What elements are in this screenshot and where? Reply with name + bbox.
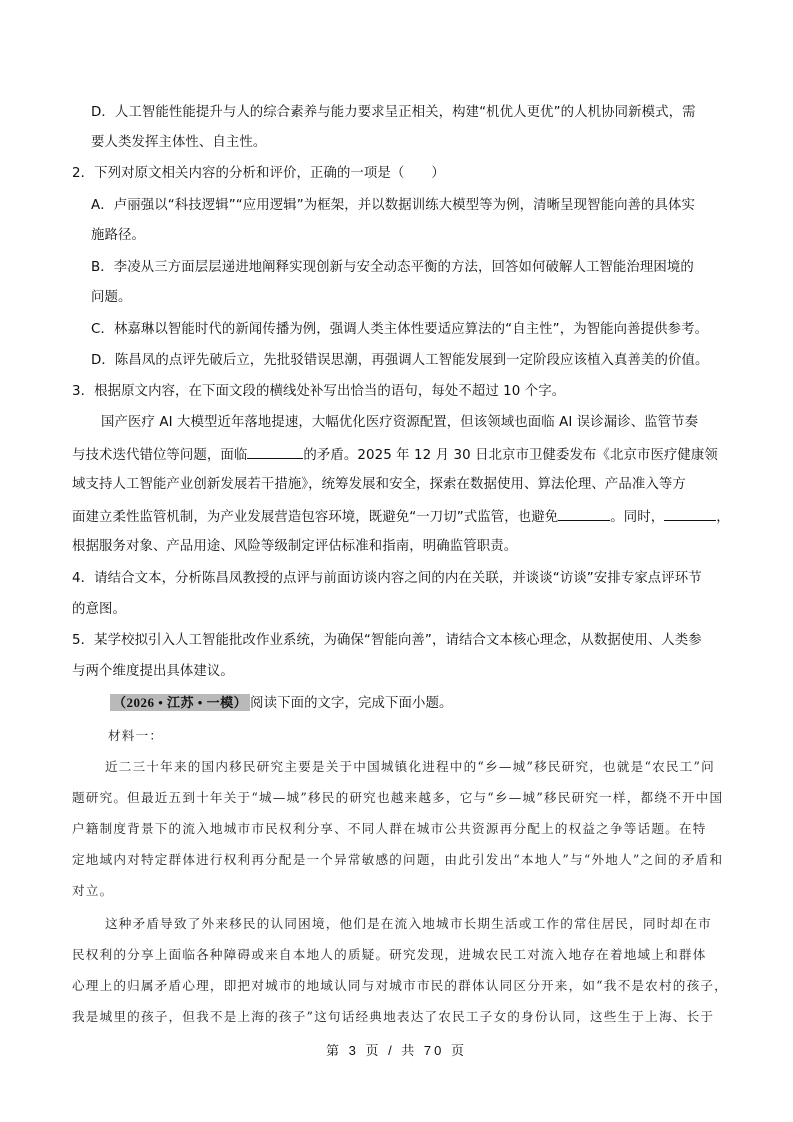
material-para2-line: 民权利的分享上面临各种障碍或来自本地人的质疑。研究发现，进城农民工对流入地存在着… [72, 945, 707, 965]
q2-option-c: C．林嘉琳以智能时代的新闻传播为例，强调人类主体性要适应算法的“自主性”，为智能… [91, 320, 708, 340]
reading-section-header: （2026 • 江苏 • 一模）阅读下面的文字，完成下面小题。 [110, 693, 452, 714]
q5-line2: 与两个维度提出具体建议。 [72, 662, 234, 682]
q3-para-line3: 域支持人工智能产业创新发展若干措施》，统筹发展和安全，探索在数据使用、算法伦理、… [72, 475, 686, 495]
fill-blank-3[interactable] [664, 506, 716, 521]
q2-option-b-line1: B．李凌从三方面层层递进地阐释实现创新与安全动态平衡的方法，回答如何破解人工智能… [91, 258, 694, 278]
material-label: 材料一： [108, 726, 163, 746]
fill-blank-2[interactable] [558, 506, 610, 521]
q3-para-line2: 与技术迭代错位等问题，面临的矛盾。2025 年 12 月 30 日北京市卫健委发… [72, 444, 718, 466]
reading-instruction: 阅读下面的文字，完成下面小题。 [250, 696, 452, 711]
q3-para-line2-a: 与技术迭代错位等问题，面临 [72, 448, 247, 463]
material-para1-line: 题研究。但最近五到十年关于“城—城”移民的研究也越来越多，它与“乡—城”移民研究… [72, 788, 723, 808]
q4-line2: 的意图。 [72, 600, 126, 620]
q2-stem: 2．下列对原文相关内容的分析和评价，正确的一项是（ ） [72, 164, 445, 184]
fill-blank-1[interactable] [247, 444, 303, 459]
q3-para-line4-c: ， [716, 510, 730, 525]
q5-line1: 5．某学校拟引入人工智能批改作业系统，为确保“智能向善”，请结合文本核心理念，从… [72, 631, 702, 651]
material-para1-line: 近二三十年来的国内移民研究主要是关于中国城镇化进程中的“乡—城”移民研究，也就是… [105, 757, 715, 777]
q3-stem: 3．根据原文内容，在下面文段的横线处补写出恰当的语句，每处不超过 10 个字。 [72, 382, 565, 402]
q3-para-line4: 面建立柔性监管机制，为产业发展营造包容环境，既避免“一刀切”式监管，也避免。同时… [72, 506, 730, 528]
material-para1-line: 对立。 [72, 881, 113, 901]
page-indicator: 第 3 页 / 共 70 页 [0, 1040, 793, 1059]
material-para1-line: 定地域内对特定群体进行权利再分配是一个异常敏感的问题，由此引发出“本地人”与“外… [72, 850, 723, 870]
material-para2-line: 这种矛盾导致了外来移民的认同困境，他们是在流入地城市长期生活或工作的常住居民，同… [105, 914, 712, 934]
q2-option-b-line2: 问题。 [91, 288, 131, 308]
q2-option-d: D．陈昌凤的点评先破后立，先批驳错误思潮，再强调人工智能发展到一定阶段应该植入真… [91, 351, 709, 371]
q2-option-a-line2: 施路径。 [91, 226, 145, 246]
q3-para-line4-a: 面建立柔性监管机制，为产业发展营造包容环境，既避免“一刀切”式监管，也避免 [72, 510, 558, 525]
q1-option-d-line1: D．人工智能性能提升与人的综合素养与能力要求呈正相关，构建“机优人更优”的人机协… [91, 103, 696, 123]
q3-para-line5: 根据服务对象、产品用途、风险等级制定评估标准和指南，明确监管职责。 [72, 537, 517, 557]
material-para1-line: 户籍制度背景下的流入地城市市民权利分享、不同人群在城市公共资源再分配上的权益之争… [72, 819, 707, 839]
material-para2-line: 我是城里的孩子，但我不是上海的孩子”这句话经典地表达了农民工子女的身份认同，这些… [72, 1007, 714, 1027]
material-para2-line: 心理上的归属矛盾心理，即把对城市的地域认同与对城市市民的群体认同区分开来，如“我… [72, 976, 728, 996]
q1-option-d-line2: 要人类发挥主体性、自主性。 [91, 133, 266, 153]
q2-option-a-line1: A．卢丽强以“科技逻辑”“应用逻辑”为框架，并以数据训练大模型等为例，清晰呈现智… [91, 196, 695, 216]
source-tag: （2026 • 江苏 • 一模） [110, 694, 250, 711]
q4-line1: 4．请结合文本，分析陈昌凤教授的点评与前面访谈内容之间的内在关联，并谈谈“访谈”… [72, 569, 702, 589]
q3-para-line4-b: 。同时， [610, 510, 664, 525]
q3-para-line2-b: 的矛盾。2025 年 12 月 30 日北京市卫健委发布《北京市医疗健康领 [303, 448, 718, 463]
q3-para-line1: 国产医疗 AI 大模型近年落地提速，大幅优化医疗资源配置，但该领域也面临 AI … [101, 413, 698, 433]
